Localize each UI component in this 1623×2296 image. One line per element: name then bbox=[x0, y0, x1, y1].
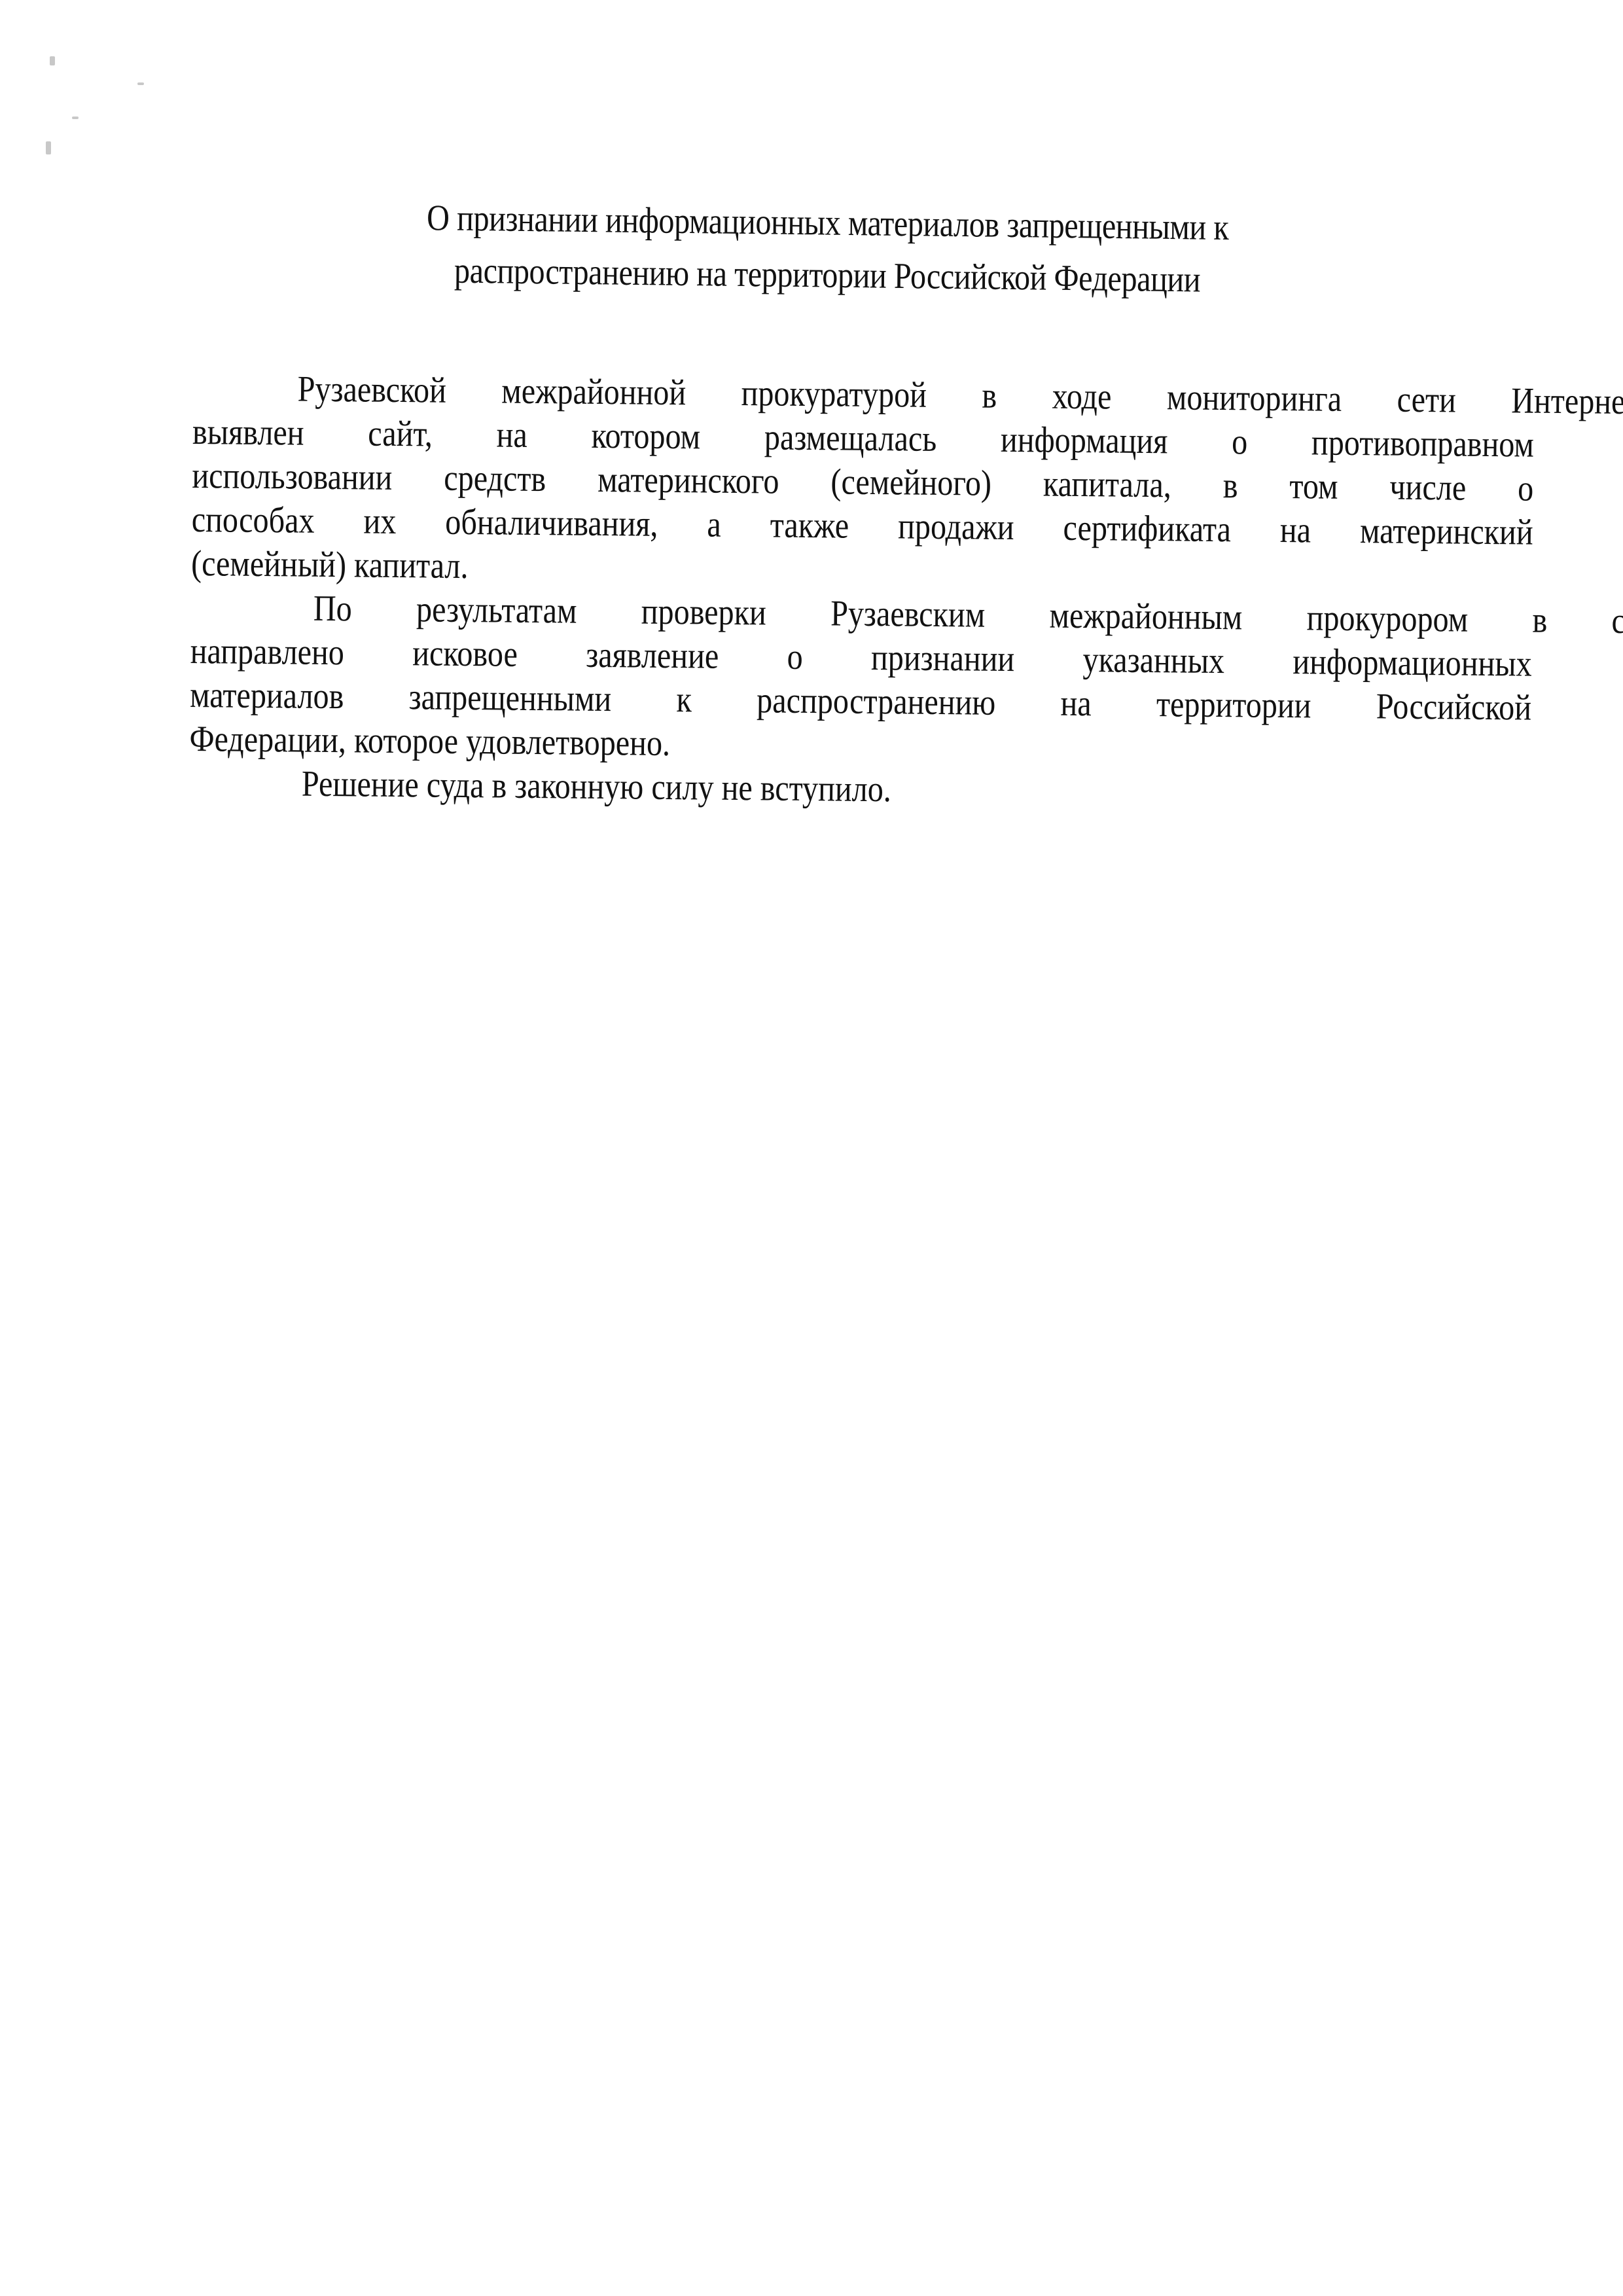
paragraph-monitoring: Рузаевской межрайонной прокуратурой в хо… bbox=[191, 367, 1535, 599]
document-title: О признании информационных материалов за… bbox=[366, 191, 1290, 307]
document-page: О признании информационных материалов за… bbox=[0, 0, 1623, 2296]
scan-artifact-mark bbox=[137, 82, 144, 85]
scan-artifact-mark bbox=[72, 117, 79, 119]
scan-artifact-mark bbox=[46, 141, 51, 154]
scan-artifact-mark bbox=[50, 56, 55, 65]
paragraph-lawsuit: По результатам проверки Рузаевским межра… bbox=[189, 586, 1532, 774]
document-body: Рузаевской межрайонной прокуратурой в хо… bbox=[189, 367, 1535, 818]
title-line: распространению на территории Российской… bbox=[366, 243, 1289, 307]
